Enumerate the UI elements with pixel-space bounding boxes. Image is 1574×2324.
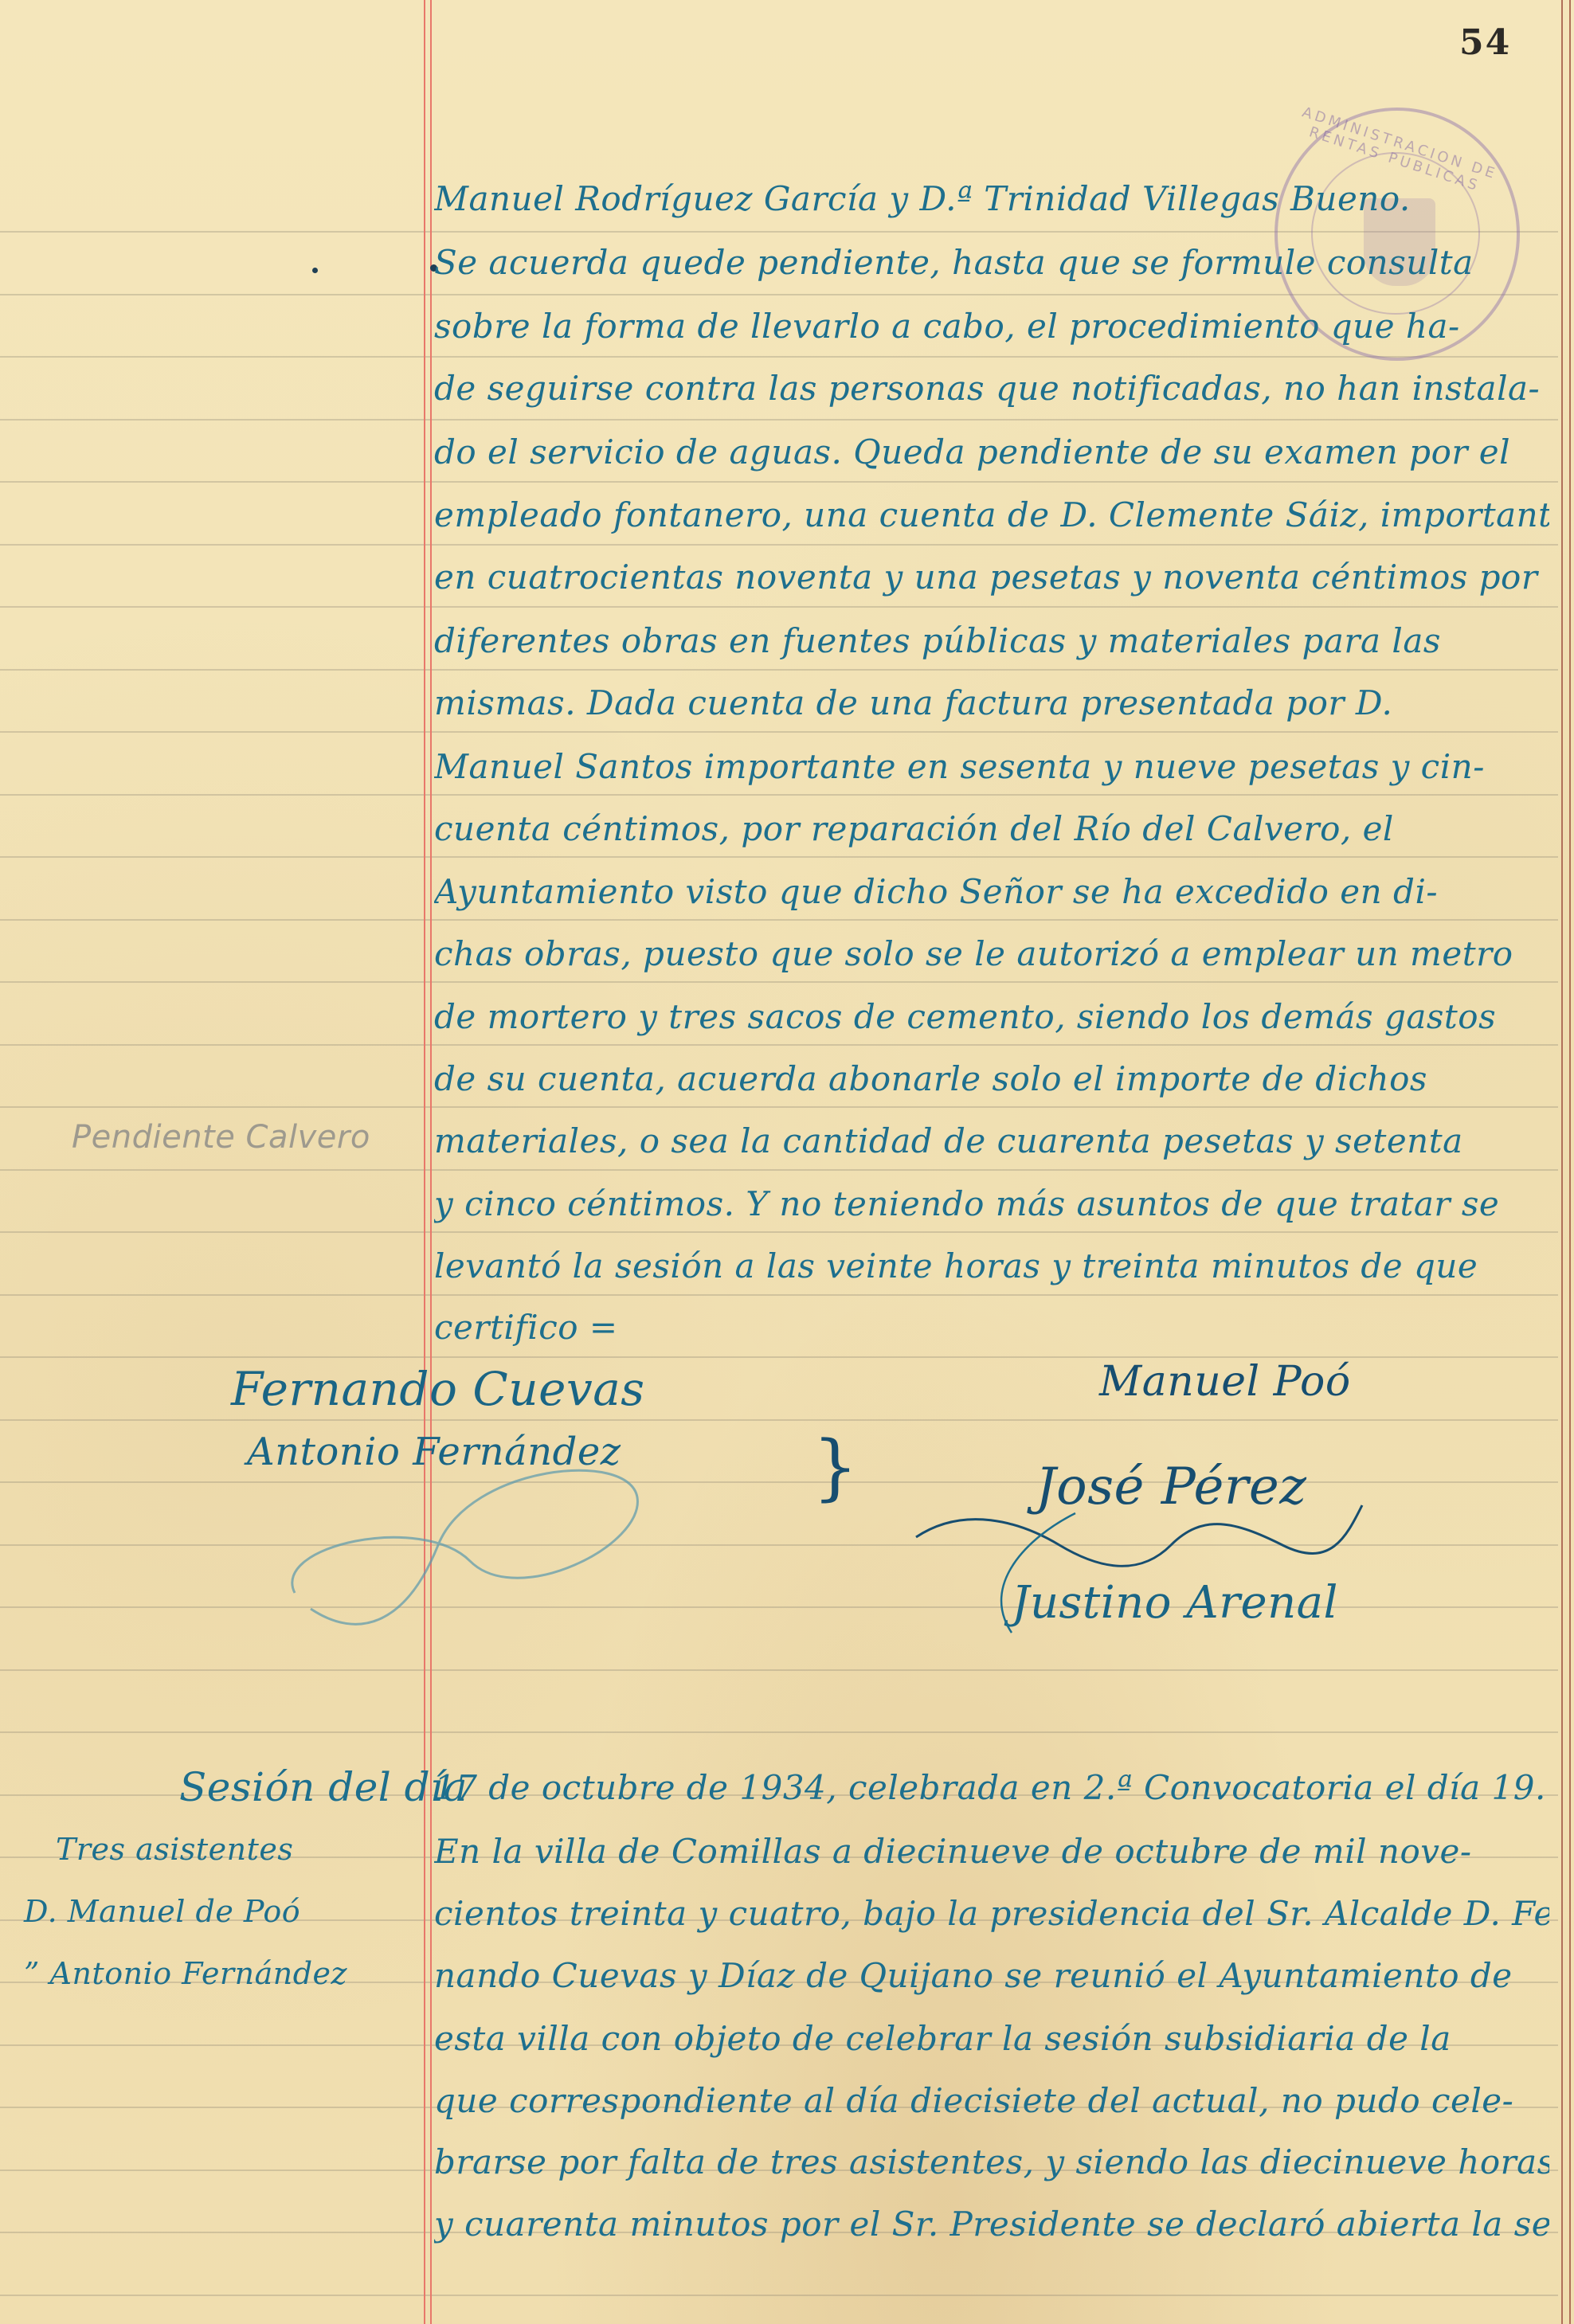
minutes-line: sobre la forma de llevarlo a cabo, el pr… [434,307,1549,346]
ruled-line [0,1419,1558,1421]
signature-flourish [900,1489,1378,1649]
ruled-line [0,419,1558,421]
edge-line-inner [1569,0,1571,2324]
minutes-line: levantó la sesión a las veinte horas y t… [434,1246,1549,1285]
session-line: y cuarenta minutos por el Sr. Presidente… [434,2205,1549,2244]
signature-flourish [263,1450,709,1641]
minutes-line: Manuel Rodríguez García y D.ª Trinidad V… [434,179,1549,218]
minutes-line: Se acuerda quede pendiente, hasta que se… [434,243,1549,282]
minutes-line: Ayuntamiento visto que dicho Señor se ha… [434,872,1549,911]
minutes-line: chas obras, puesto que solo se le autori… [434,934,1549,973]
minutes-line: de seguirse contra las personas que noti… [434,369,1549,408]
ruled-line [0,1106,1558,1108]
edge-line-outer [1561,0,1563,2324]
margin-line-left-outer [424,0,425,2324]
ruled-line [0,856,1558,858]
ruled-line [0,356,1558,358]
ruled-line [0,794,1558,796]
margin-line-left-inner [430,0,432,2324]
minutes-line: Manuel Santos importante en sesenta y nu… [434,747,1549,786]
margin-note: Pendiente Calvero [72,1119,370,1156]
ruled-line [0,544,1558,546]
session-line: que correspondiente al día diecisiete de… [434,2081,1549,2120]
minutes-line: empleado fontanero, una cuenta de D. Cle… [434,495,1549,534]
ruled-line [0,1481,1558,1483]
attendees-title: Tres asistentes [56,1832,293,1867]
ledger-page: 54 ADMINISTRACION DE RENTAS PUBLICAS Man… [0,0,1574,2324]
ruled-line [0,669,1558,671]
ruled-line [0,1294,1558,1296]
ruled-line [0,2295,1558,2296]
attendee: ” Antonio Fernández [24,1956,347,1991]
minutes-line: materiales, o sea la cantidad de cuarent… [434,1121,1549,1160]
ruled-line [0,1044,1558,1046]
ruled-line [0,1731,1558,1733]
session-line: En la villa de Comillas a diecinueve de … [434,1832,1549,1871]
session-heading-left: Sesión del día [179,1764,468,1810]
ruled-line [0,1231,1558,1233]
session-heading-right: 17 de octubre de 1934, celebrada en 2.ª … [434,1768,1549,1807]
ruled-line [0,919,1558,921]
ruled-line [0,731,1558,733]
session-line: nando Cuevas y Díaz de Quijano se reunió… [434,1956,1549,1995]
ruled-line [0,481,1558,483]
minutes-line: y cinco céntimos. Y no teniendo más asun… [434,1184,1549,1223]
minutes-line: certifico = [434,1308,1549,1347]
minutes-line: cuenta céntimos, por reparación del Río … [434,809,1549,848]
minutes-line: diferentes obras en fuentes públicas y m… [434,621,1549,660]
brace-mark: } [812,1426,859,1509]
signature-manuel-poo: Manuel Poó [1099,1358,1351,1406]
page-number: 54 [1459,22,1511,63]
ruled-line [0,981,1558,983]
session-line: brarse por falta de tres asistentes, y s… [434,2142,1549,2181]
session-line: cientos treinta y cuatro, bajo la presid… [434,1894,1549,1933]
minutes-line: de su cuenta, acuerda abonarle solo el i… [434,1059,1549,1098]
minutes-line: do el servicio de aguas. Queda pendiente… [434,432,1549,471]
ruled-line [0,1669,1558,1671]
signature-fernando-cuevas: Fernando Cuevas [231,1362,645,1416]
minutes-line: en cuatrocientas noventa y una pesetas y… [434,558,1549,597]
minutes-line: de mortero y tres sacos de cemento, sien… [434,997,1549,1036]
minutes-line: mismas. Dada cuenta de una factura prese… [434,683,1549,722]
session-line: esta villa con objeto de celebrar la ses… [434,2019,1549,2058]
attendee: D. Manuel de Poó [24,1894,300,1929]
ink-dot [312,268,318,273]
ruled-line [0,606,1558,608]
ruled-line [0,1169,1558,1171]
